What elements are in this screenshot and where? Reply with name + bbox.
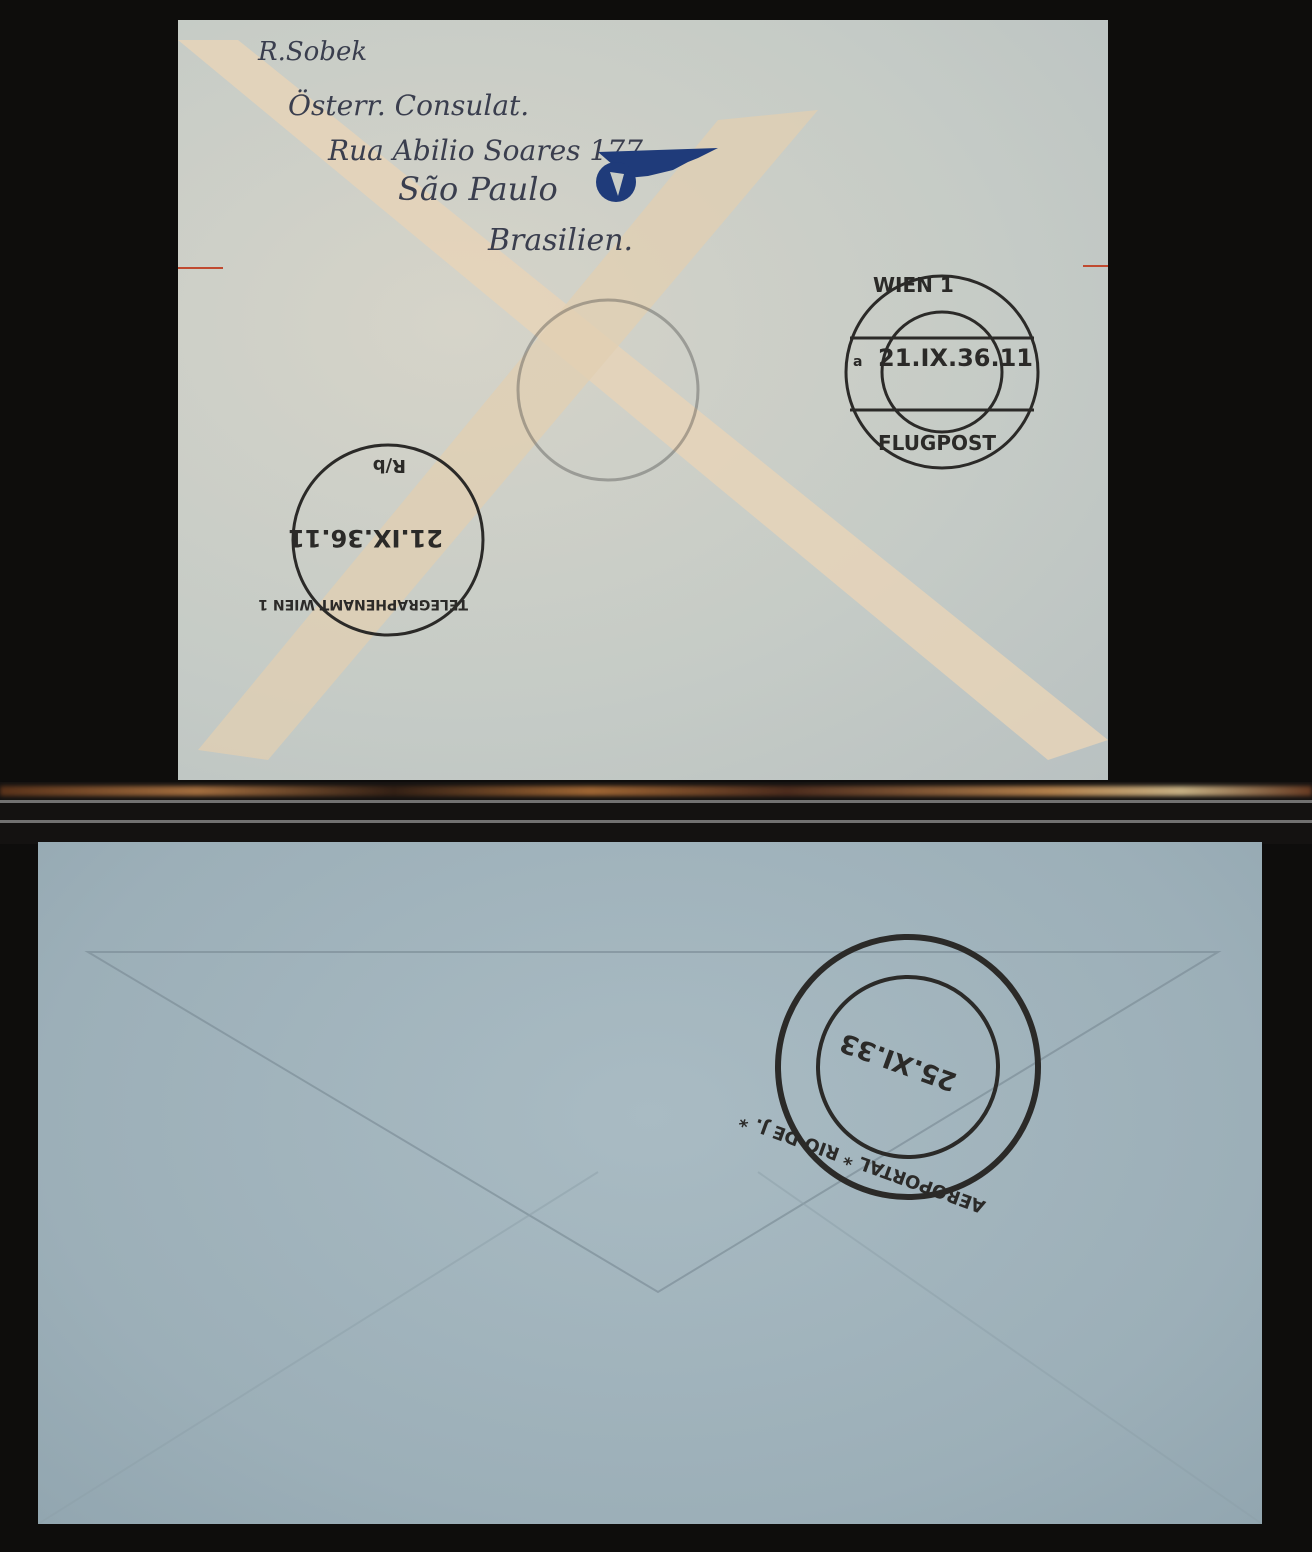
album-rail-top xyxy=(0,800,1312,803)
rio-postmark-date: 25.XI.33 xyxy=(836,1026,961,1096)
sender-line-4: São Paulo xyxy=(398,170,558,208)
envelope-bottom-art: 25.XI.33 AEROPORTAL * RIO DE J. * xyxy=(38,842,1262,1524)
svg-text:R/b: R/b xyxy=(373,455,406,476)
sender-name: R.Sobek xyxy=(257,37,367,67)
telegraph-date: 21.IX.36.11 xyxy=(288,524,443,552)
sender-line-5: Brasilien. xyxy=(487,223,633,258)
svg-text:a: a xyxy=(853,354,862,370)
postmark-top-text: WIEN 1 xyxy=(873,273,954,297)
envelope-bottom: 25.XI.33 AEROPORTAL * RIO DE J. * xyxy=(38,842,1262,1524)
telegraph-ring: TELEGRAPHENAMT WIEN 1 xyxy=(258,596,468,612)
postmark-bottom-text: FLUGPOST xyxy=(878,431,996,455)
sender-line-3: Rua Abilio Soares 177. xyxy=(327,134,652,167)
album-divider-reflection xyxy=(0,786,1312,796)
album-rail-bottom xyxy=(0,820,1312,823)
envelope-top-art: R.Sobek Österr. Consulat. Rua Abilio Soa… xyxy=(178,20,1108,780)
envelope-top: R.Sobek Österr. Consulat. Rua Abilio Soa… xyxy=(178,20,1108,780)
rio-postmark-ring: AEROPORTAL * RIO DE J. * xyxy=(736,1108,988,1217)
postmark-date: 21.IX.36.11 xyxy=(878,344,1033,372)
sender-line-2: Österr. Consulat. xyxy=(288,88,529,122)
